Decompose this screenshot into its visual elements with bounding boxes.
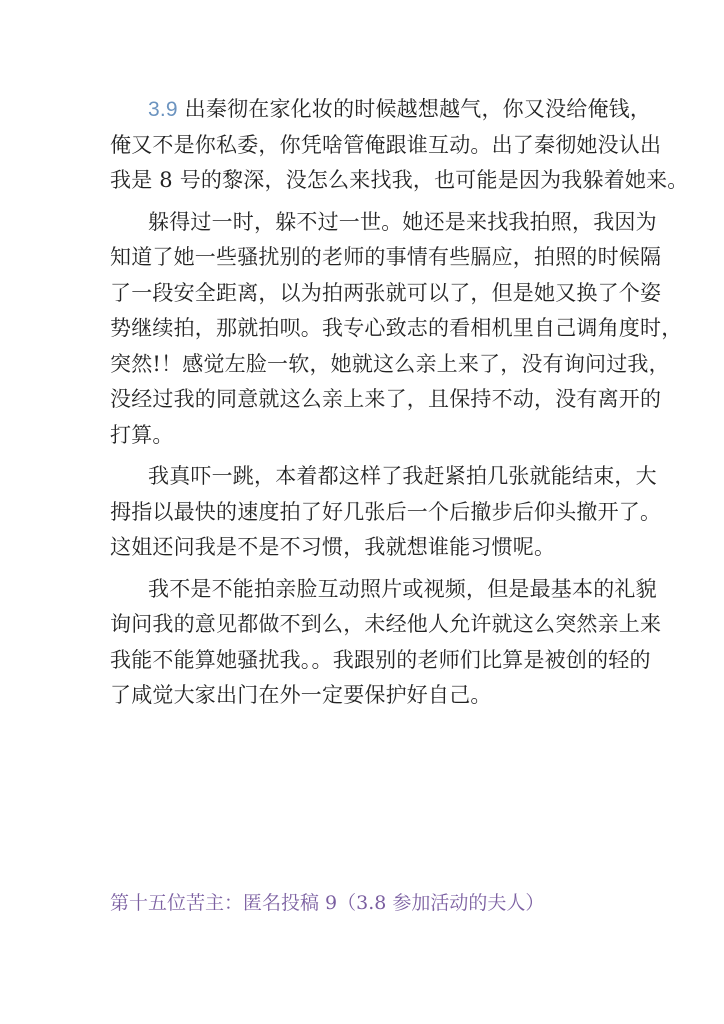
text-line: 知道了她一些骚扰别的老师的事情有些膈应，拍照的时候隔 [110, 240, 610, 276]
section-heading: 第十五位苦主：匿名投稿 9（3.8 参加活动的夫人） [110, 888, 544, 915]
text-line: 我能不能算她骚扰我。。我跟别的老师们比算是被创的轻的 [110, 643, 610, 679]
date-label: 3.9 [148, 98, 178, 121]
text-line: 我不是不能拍亲脸互动照片或视频，但是最基本的礼貌 [110, 572, 610, 608]
article-body: 3.9 出秦彻在家化妆的时候越想越气，你又没给俺钱， 俺又不是你私委，你凭啥管俺… [110, 92, 610, 714]
text-line: 了咸觉大家出门在外一定要保护好自己。 [110, 678, 610, 714]
text-line: 势继续拍，那就拍呗。我专心致志的看相机里自己调角度时， [110, 311, 610, 347]
text-line: 拇指以最快的速度拍了好几张后一个后撤步后仰头撤开了。 [110, 495, 610, 531]
text-line: 没经过我的同意就这么亲上来了，且保持不动，没有离开的 [110, 382, 610, 418]
text-line: 躲得过一时，躲不过一世。她还是来找我拍照，我因为 [110, 205, 610, 241]
text-line: 我是 8 号的黎深，没怎么来找我，也可能是因为我躲着她来。 [110, 163, 610, 199]
paragraph-4: 我不是不能拍亲脸互动照片或视频，但是最基本的礼貌 询问我的意见都做不到么，未经他… [110, 572, 610, 714]
paragraph-1: 3.9 出秦彻在家化妆的时候越想越气，你又没给俺钱， 俺又不是你私委，你凭啥管俺… [110, 92, 610, 199]
paragraph-2: 躲得过一时，躲不过一世。她还是来找我拍照，我因为 知道了她一些骚扰别的老师的事情… [110, 205, 610, 454]
text-line: 了一段安全距离，以为拍两张就可以了，但是她又换了个姿 [110, 276, 610, 312]
document-page: 3.9 出秦彻在家化妆的时候越想越气，你又没给俺钱， 俺又不是你私委，你凭啥管俺… [0, 0, 724, 1024]
text-line: 询问我的意见都做不到么，未经他人允许就这么突然亲上来 [110, 607, 610, 643]
paragraph-3: 我真吓一跳，本着都这样了我赶紧拍几张就能结束，大 拇指以最快的速度拍了好几张后一… [110, 459, 610, 566]
text-line: 这姐还问我是不是不习惯，我就想谁能习惯呢。 [110, 530, 610, 566]
text-line: 我真吓一跳，本着都这样了我赶紧拍几张就能结束，大 [110, 459, 610, 495]
text-line: 打算。 [110, 418, 610, 454]
text-line: 突然!！感觉左脸一软，她就这么亲上来了，没有询问过我， [110, 347, 610, 383]
text-line: 3.9 出秦彻在家化妆的时候越想越气，你又没给俺钱， [110, 92, 610, 128]
text-line: 俺又不是你私委，你凭啥管俺跟谁互动。出了秦彻她没认出 [110, 128, 610, 164]
